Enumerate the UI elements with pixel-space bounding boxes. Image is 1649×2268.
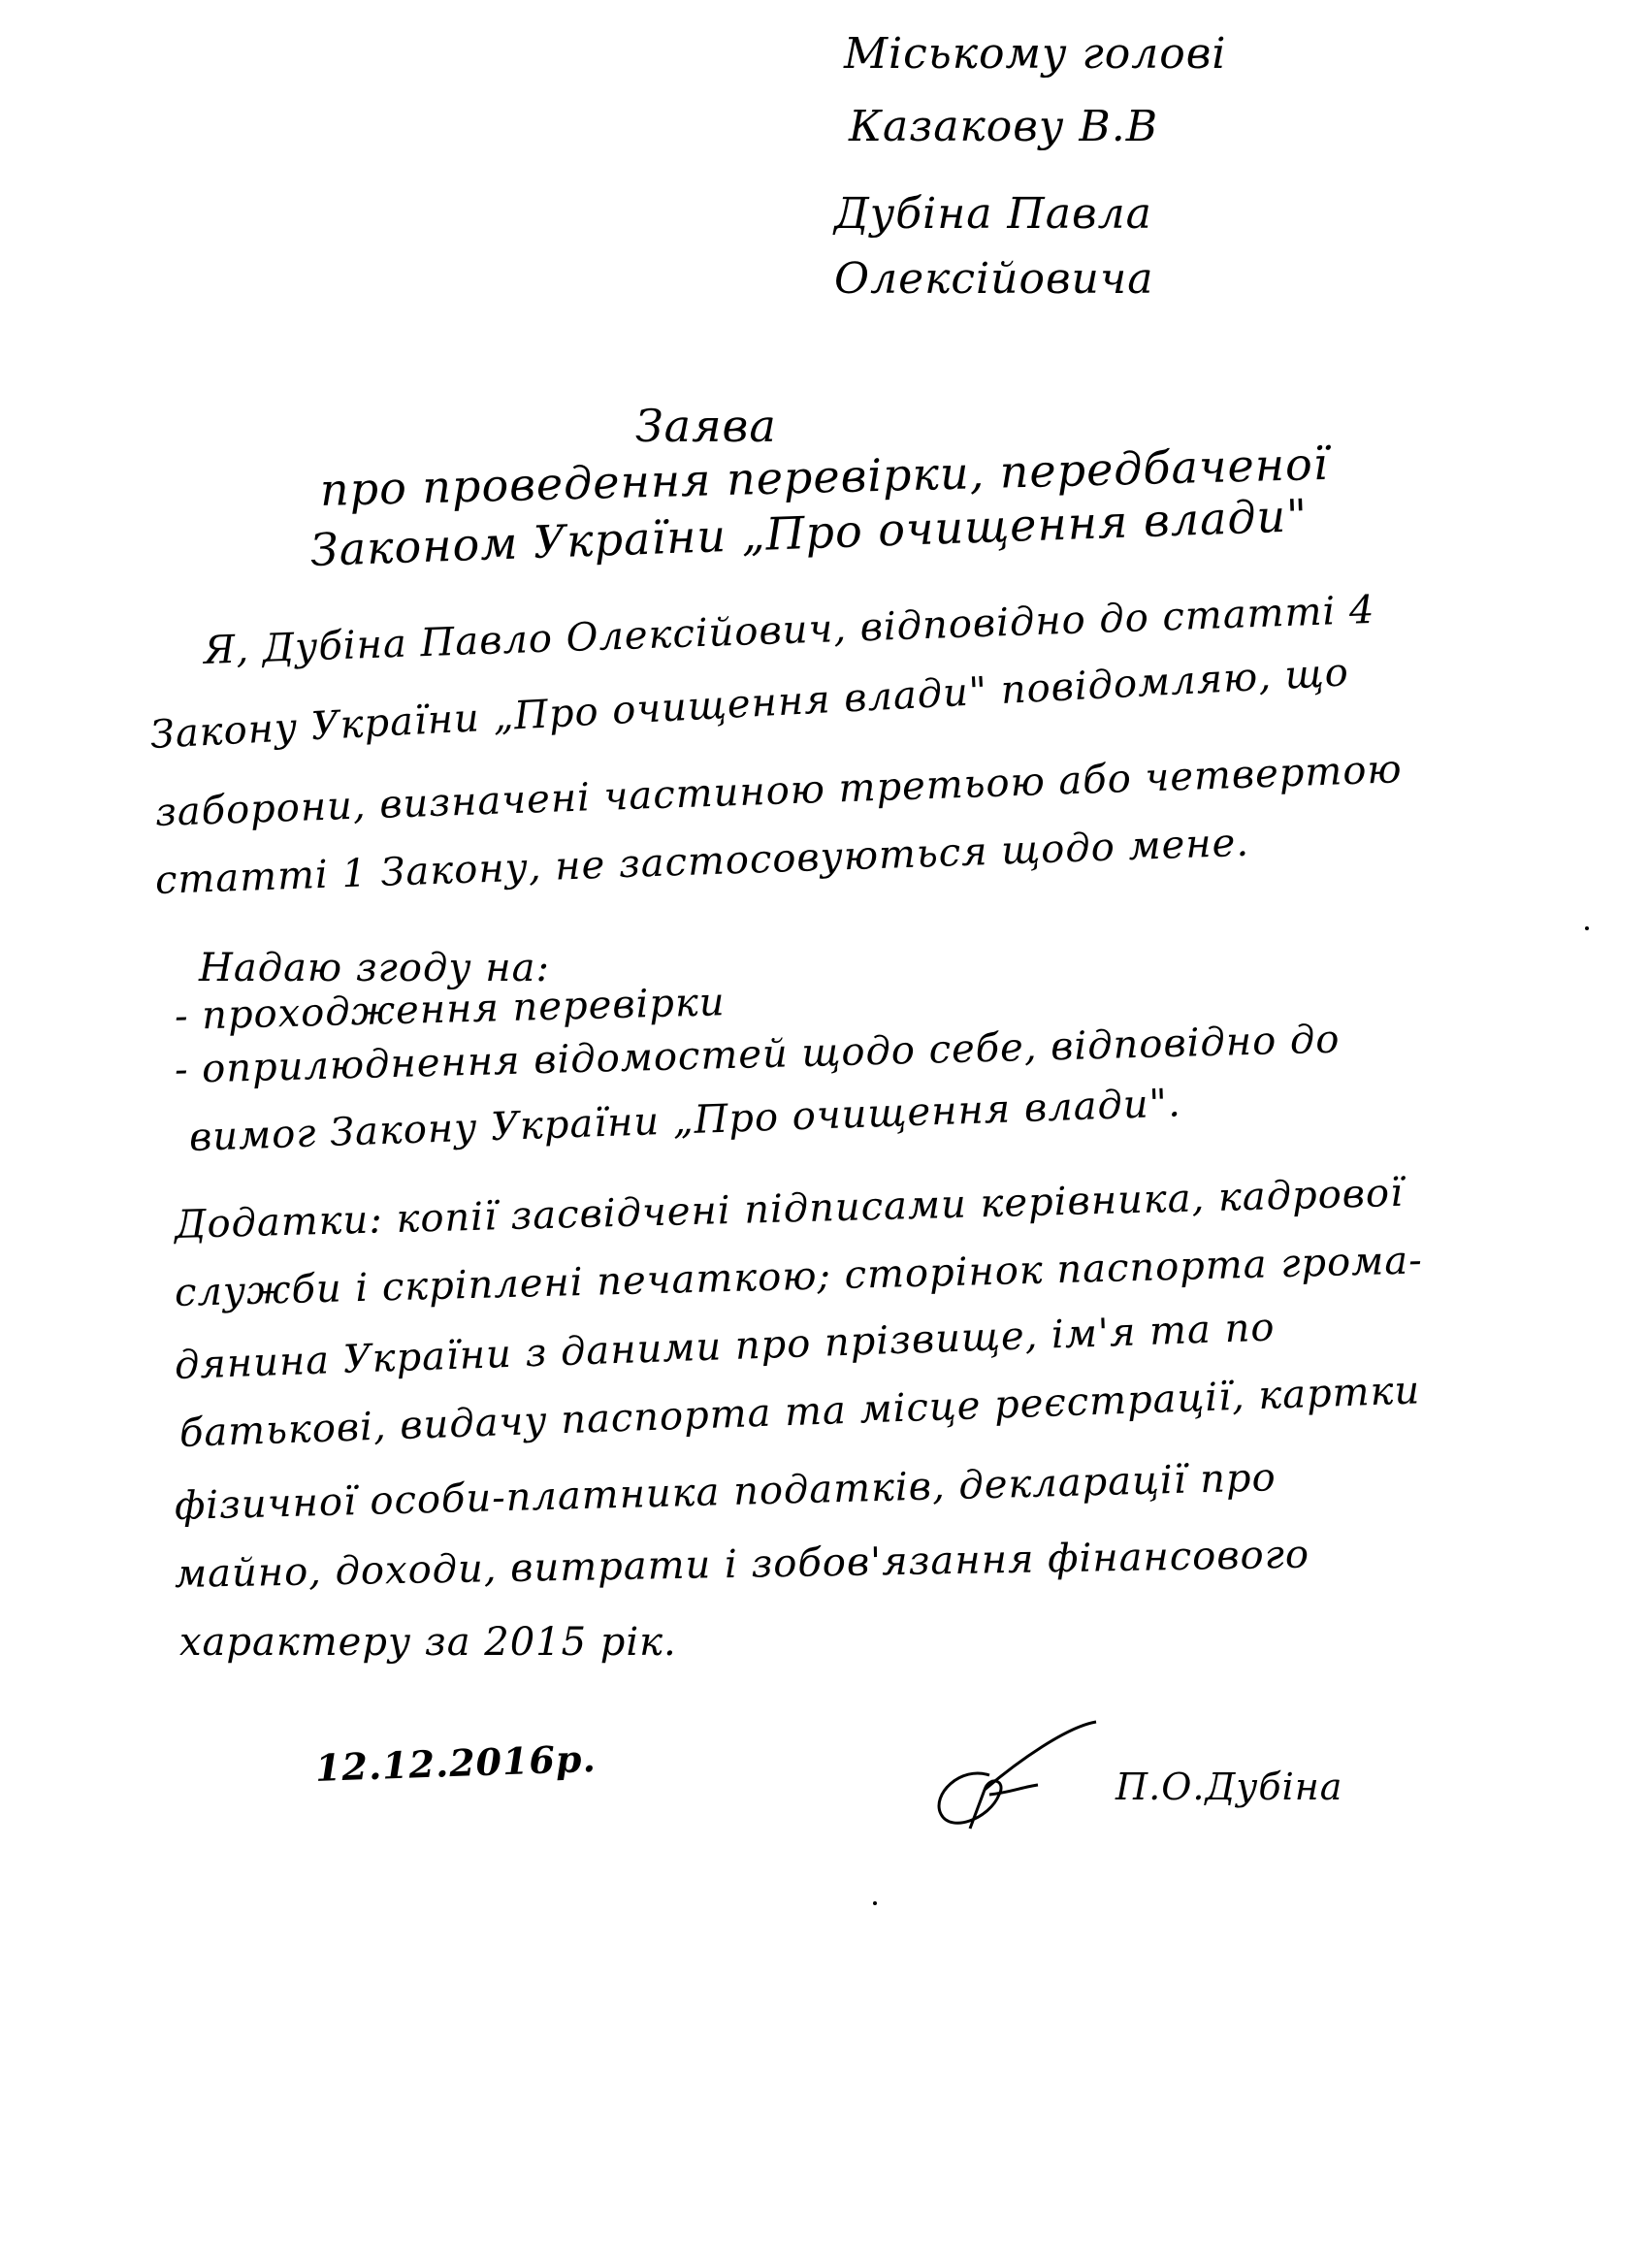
signature-name: П.О.Дубіна	[1115, 1766, 1342, 1808]
scan-speck	[873, 1901, 877, 1905]
addressee-line-2: Казакову В.В	[849, 102, 1158, 151]
addressee-line-1: Міському голові	[844, 29, 1226, 79]
consent-intro: Надаю згоду на:	[199, 946, 550, 990]
document-heading: Заява	[635, 400, 777, 452]
scan-speck	[1585, 926, 1589, 930]
sender-line-1: Дубіна Павла	[834, 189, 1152, 239]
signature-mark	[931, 1717, 1125, 1843]
paragraph-1-line-4: статті 1 Закону, не застосовуються щодо …	[154, 821, 1249, 903]
attachments-line-5: фізичної особи-платника податків, деклар…	[174, 1455, 1277, 1529]
attachments-line-7: характеру за 2015 рік.	[179, 1620, 677, 1665]
document-date: 12.12.2016р.	[314, 1736, 597, 1790]
attachments-line-3: дянина України з даними про прізвище, ім…	[174, 1305, 1276, 1388]
attachments-line-2: служби і скріплені печаткою; сторінок па…	[174, 1238, 1423, 1315]
sender-line-2: Олексійовича	[834, 254, 1154, 304]
attachments-line-1: Додатки: копії засвідчені підписами кері…	[174, 1171, 1404, 1247]
consent-item-3: вимог Закону України „Про очищення влади…	[188, 1081, 1181, 1160]
attachments-line-6: майно, доходи, витрати і зобов'язання фі…	[175, 1533, 1310, 1597]
